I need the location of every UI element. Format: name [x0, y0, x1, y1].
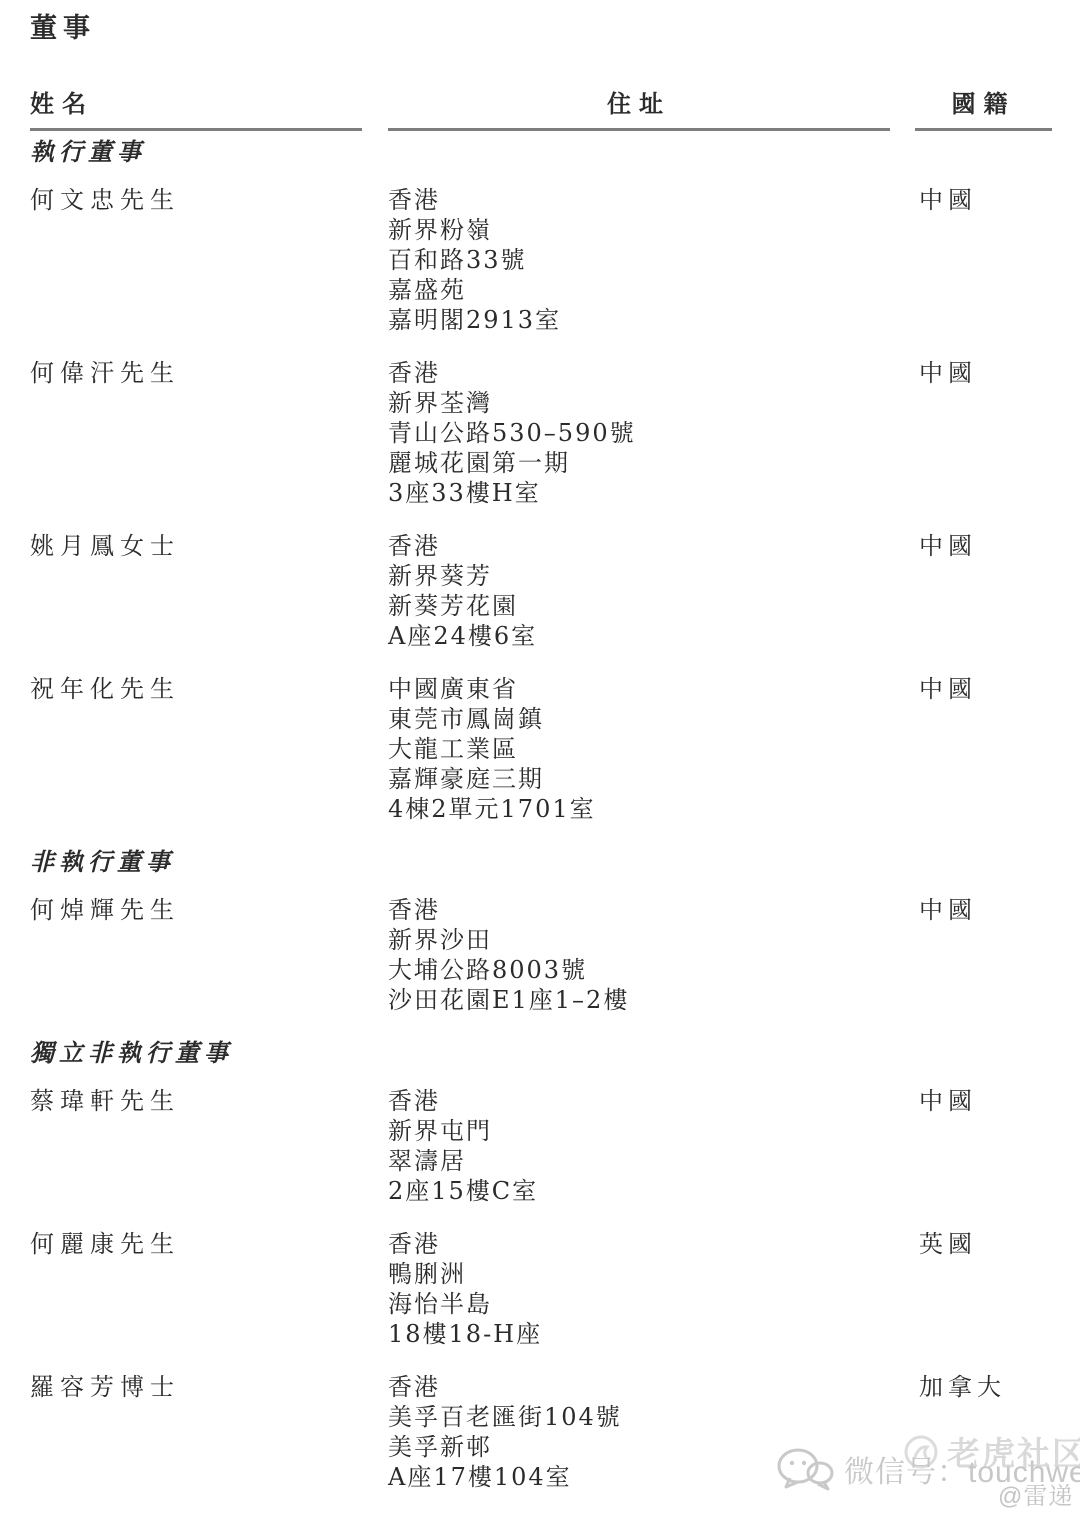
director-name: 姚月鳳女士 — [30, 531, 388, 561]
director-address: 香港 美孚百老匯街104號 美孚新邨 A座17樓104室 — [388, 1372, 915, 1492]
director-name: 何文忠先生 — [30, 185, 388, 215]
director-name: 何偉汗先生 — [30, 358, 388, 388]
director-address: 香港 新界沙田 大埔公路8003號 沙田花園E1座1–2樓 — [388, 895, 915, 1015]
director-name: 何麗康先生 — [30, 1229, 388, 1259]
page-title: 董事 — [30, 6, 1055, 45]
director-nationality: 中國 — [915, 1086, 1055, 1116]
director-address: 香港 鴨脷洲 海怡半島 18樓18-H座 — [388, 1229, 915, 1349]
director-nationality: 中國 — [915, 185, 1055, 215]
director-address: 香港 新界屯門 翠濤居 2座15樓C室 — [388, 1086, 915, 1206]
director-name: 何焯輝先生 — [30, 895, 388, 925]
table-row: 何偉汗先生 香港 新界荃灣 青山公路530–590號 麗城花園第一期 3座33樓… — [30, 358, 1055, 508]
table-row: 蔡瑋軒先生 香港 新界屯門 翠濤居 2座15樓C室 中國 — [30, 1086, 1055, 1206]
document-page: 董事 姓名 住址 國籍 執行董事 何文忠先生 香港 新界粉嶺 百和路33號 嘉盛… — [0, 0, 1080, 1492]
table-row: 祝年化先生 中國廣東省 東莞市鳳崗鎮 大龍工業區 嘉輝豪庭三期 4棟2單元170… — [30, 674, 1055, 824]
table-header-row: 姓名 住址 國籍 — [30, 89, 1055, 131]
director-name: 羅容芳博士 — [30, 1372, 388, 1402]
table-row: 何文忠先生 香港 新界粉嶺 百和路33號 嘉盛苑 嘉明閣2913室 中國 — [30, 185, 1055, 335]
director-address: 中國廣東省 東莞市鳳崗鎮 大龍工業區 嘉輝豪庭三期 4棟2單元1701室 — [388, 674, 915, 824]
director-nationality: 中國 — [915, 895, 1055, 925]
director-name: 祝年化先生 — [30, 674, 388, 704]
director-address: 香港 新界葵芳 新葵芳花園 A座24樓6室 — [388, 531, 915, 651]
director-address: 香港 新界荃灣 青山公路530–590號 麗城花園第一期 3座33樓H室 — [388, 358, 915, 508]
director-nationality: 中國 — [915, 531, 1055, 561]
section-label-independent-non-executive-directors: 獨立非執行董事 — [30, 1038, 1055, 1068]
table-row: 何焯輝先生 香港 新界沙田 大埔公路8003號 沙田花園E1座1–2樓 中國 — [30, 895, 1055, 1015]
section-label-executive-directors: 執行董事 — [30, 137, 1055, 167]
director-name: 蔡瑋軒先生 — [30, 1086, 388, 1116]
director-address: 香港 新界粉嶺 百和路33號 嘉盛苑 嘉明閣2913室 — [388, 185, 915, 335]
director-nationality: 加拿大 — [915, 1372, 1055, 1402]
column-header-address: 住址 — [388, 89, 915, 131]
section-label-non-executive-directors: 非執行董事 — [30, 847, 1055, 877]
table-row: 姚月鳳女士 香港 新界葵芳 新葵芳花園 A座24樓6室 中國 — [30, 531, 1055, 651]
director-nationality: 中國 — [915, 674, 1055, 704]
column-header-nationality: 國籍 — [915, 89, 1055, 131]
table-row: 羅容芳博士 香港 美孚百老匯街104號 美孚新邨 A座17樓104室 加拿大 — [30, 1372, 1055, 1492]
column-header-name: 姓名 — [30, 89, 388, 131]
table-row: 何麗康先生 香港 鴨脷洲 海怡半島 18樓18-H座 英國 — [30, 1229, 1055, 1349]
director-nationality: 英國 — [915, 1229, 1055, 1259]
director-nationality: 中國 — [915, 358, 1055, 388]
